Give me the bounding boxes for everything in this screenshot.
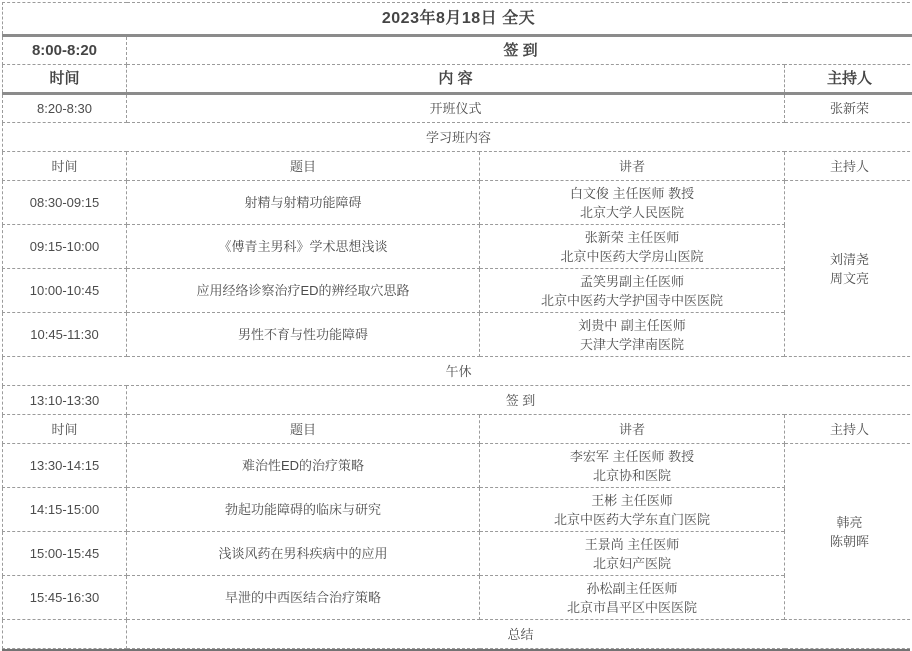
time-cell: 时间 <box>3 415 127 444</box>
cell-line: 张新荣 主任医师 <box>482 228 782 247</box>
cell-line: 王景尚 主任医师 <box>482 535 782 554</box>
cell-line: 孙松副主任医师 <box>482 579 782 598</box>
cell-line: 刘清尧 <box>787 250 912 269</box>
cell-line: 北京中医药大学护国寺中医医院 <box>482 291 782 310</box>
table-row: 10:00-10:45应用经络诊察治疗ED的辨经取穴思路孟笑男副主任医师北京中医… <box>3 269 912 313</box>
topic-cell: 题目 <box>127 152 480 181</box>
cell-line: 天津大学津南医院 <box>482 335 782 354</box>
table-row: 总结 <box>3 620 912 649</box>
cell-line: 周文亮 <box>787 269 912 288</box>
cell-line: 北京妇产医院 <box>482 554 782 573</box>
time-cell: 13:30-14:15 <box>3 444 127 488</box>
topic-cell: 难治性ED的治疗策略 <box>127 444 480 488</box>
table-row: 08:30-09:15射精与射精功能障碍白文俊 主任医师 教授北京大学人民医院刘… <box>3 181 912 225</box>
section-cell: 午休 <box>3 357 912 386</box>
cell-line: 陈朝晖 <box>787 532 912 551</box>
topic-cell: 勃起功能障碍的临床与研究 <box>127 488 480 532</box>
cell-line: 北京协和医院 <box>482 466 782 485</box>
table-row: 8:20-8:30开班仪式张新荣 <box>3 94 912 123</box>
time-cell: 15:45-16:30 <box>3 576 127 620</box>
cell-line: 王彬 主任医师 <box>482 491 782 510</box>
cell-line: 北京中医药大学房山医院 <box>482 247 782 266</box>
cell-line: 韩亮 <box>787 513 912 532</box>
table-row: 午休 <box>3 357 912 386</box>
schedule-table: 2023年8月18日 全天8:00-8:20签 到时间内 容主持人8:20-8:… <box>2 2 912 649</box>
time-cell: 时间 <box>3 152 127 181</box>
time-cell: 09:15-10:00 <box>3 225 127 269</box>
speaker-cell: 王景尚 主任医师北京妇产医院 <box>480 532 785 576</box>
merged-content-cell: 签 到 <box>127 386 912 415</box>
table-row: 时间题目讲者主持人 <box>3 152 912 181</box>
table-row: 时间题目讲者主持人 <box>3 415 912 444</box>
table-row: 15:00-15:45浅谈风药在男科疾病中的应用王景尚 主任医师北京妇产医院 <box>3 532 912 576</box>
speaker-cell: 王彬 主任医师北京中医药大学东直门医院 <box>480 488 785 532</box>
time-cell: 14:15-15:00 <box>3 488 127 532</box>
speaker-cell: 白文俊 主任医师 教授北京大学人民医院 <box>480 181 785 225</box>
time-cell <box>3 620 127 649</box>
cell-line: 北京中医药大学东直门医院 <box>482 510 782 529</box>
speaker-cell: 孟笑男副主任医师北京中医药大学护国寺中医医院 <box>480 269 785 313</box>
schedule-document: 2023年8月18日 全天8:00-8:20签 到时间内 容主持人8:20-8:… <box>2 2 910 651</box>
time-cell: 8:00-8:20 <box>3 36 127 65</box>
moderator-cell: 韩亮陈朝晖 <box>785 444 912 620</box>
topic-cell: 题目 <box>127 415 480 444</box>
time-cell: 13:10-13:30 <box>3 386 127 415</box>
table-row: 09:15-10:00《傅青主男科》学术思想浅谈张新荣 主任医师北京中医药大学房… <box>3 225 912 269</box>
table-row: 15:45-16:30早泄的中西医结合治疗策略孙松副主任医师北京市昌平区中医医院 <box>3 576 912 620</box>
speaker-cell: 讲者 <box>480 152 785 181</box>
topic-cell: 射精与射精功能障碍 <box>127 181 480 225</box>
time-cell: 8:20-8:30 <box>3 94 127 123</box>
moderator-cell: 张新荣 <box>785 94 912 123</box>
table-row: 2023年8月18日 全天 <box>3 3 912 36</box>
table-row: 8:00-8:20签 到 <box>3 36 912 65</box>
merged-content-cell: 签 到 <box>127 36 912 65</box>
cell-line: 北京大学人民医院 <box>482 203 782 222</box>
time-cell: 时间 <box>3 65 127 94</box>
cell-line: 刘贵中 副主任医师 <box>482 316 782 335</box>
moderator-cell: 主持人 <box>785 152 912 181</box>
speaker-cell: 李宏军 主任医师 教授北京协和医院 <box>480 444 785 488</box>
cell-line: 李宏军 主任医师 教授 <box>482 447 782 466</box>
merged-content-cell: 总结 <box>127 620 912 649</box>
moderator-cell: 刘清尧周文亮 <box>785 181 912 357</box>
moderator-cell: 主持人 <box>785 415 912 444</box>
merged-content-cell: 内 容 <box>127 65 785 94</box>
speaker-cell: 讲者 <box>480 415 785 444</box>
section-cell: 学习班内容 <box>3 123 912 152</box>
schedule-table-body: 2023年8月18日 全天8:00-8:20签 到时间内 容主持人8:20-8:… <box>3 3 912 649</box>
topic-cell: 应用经络诊察治疗ED的辨经取穴思路 <box>127 269 480 313</box>
section-cell: 2023年8月18日 全天 <box>3 3 912 36</box>
topic-cell: 浅谈风药在男科疾病中的应用 <box>127 532 480 576</box>
table-row: 13:10-13:30签 到 <box>3 386 912 415</box>
topic-cell: 早泄的中西医结合治疗策略 <box>127 576 480 620</box>
time-cell: 08:30-09:15 <box>3 181 127 225</box>
speaker-cell: 张新荣 主任医师北京中医药大学房山医院 <box>480 225 785 269</box>
topic-cell: 《傅青主男科》学术思想浅谈 <box>127 225 480 269</box>
time-cell: 15:00-15:45 <box>3 532 127 576</box>
merged-content-cell: 开班仪式 <box>127 94 785 123</box>
cell-line: 白文俊 主任医师 教授 <box>482 184 782 203</box>
time-cell: 10:00-10:45 <box>3 269 127 313</box>
moderator-cell: 主持人 <box>785 65 912 94</box>
table-row: 13:30-14:15难治性ED的治疗策略李宏军 主任医师 教授北京协和医院韩亮… <box>3 444 912 488</box>
cell-line: 孟笑男副主任医师 <box>482 272 782 291</box>
table-row: 时间内 容主持人 <box>3 65 912 94</box>
table-row: 10:45-11:30男性不育与性功能障碍刘贵中 副主任医师天津大学津南医院 <box>3 313 912 357</box>
table-row: 学习班内容 <box>3 123 912 152</box>
speaker-cell: 刘贵中 副主任医师天津大学津南医院 <box>480 313 785 357</box>
cell-line: 北京市昌平区中医医院 <box>482 598 782 617</box>
topic-cell: 男性不育与性功能障碍 <box>127 313 480 357</box>
table-row: 14:15-15:00勃起功能障碍的临床与研究王彬 主任医师北京中医药大学东直门… <box>3 488 912 532</box>
speaker-cell: 孙松副主任医师北京市昌平区中医医院 <box>480 576 785 620</box>
time-cell: 10:45-11:30 <box>3 313 127 357</box>
